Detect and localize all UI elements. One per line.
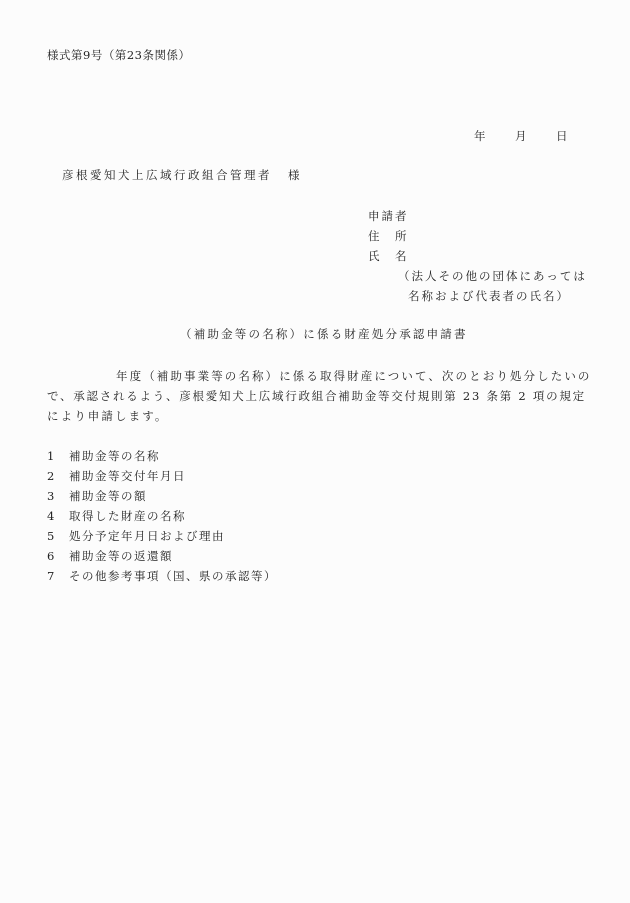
addressee-name: 彦根愛知犬上広域行政組合管理者 [62, 170, 272, 182]
name-label: 氏 名 [368, 251, 409, 263]
list-item: 1補助金等の名称 [47, 451, 160, 463]
corporate-note-line2: 名称および代表者の氏名） [408, 291, 570, 303]
body-line-3: により申請します。 [47, 411, 168, 423]
addressee-honorific: 様 [288, 170, 301, 182]
list-item: 5処分予定年月日および理由 [47, 531, 225, 543]
body-line-2: で、承認されるよう、彦根愛知犬上広域行政組合補助金等交付規則第 23 条第 2 … [47, 391, 586, 403]
list-item: 2補助金等交付年月日 [47, 471, 186, 483]
list-item: 6補助金等の返還額 [47, 551, 173, 563]
address-label: 住 所 [368, 231, 409, 243]
date-day-label: 日 [556, 131, 569, 143]
body-line-1: 年度（補助事業等の名称）に係る取得財産について、次のとおり処分したいの [116, 371, 592, 383]
corporate-note-line1: （法人その他の団体にあっては [398, 271, 587, 283]
document-title: （補助金等の名称）に係る財産処分承認申請書 [180, 329, 468, 341]
list-item: 7その他参考事項（国、県の承認等） [47, 571, 277, 583]
date-month-label: 月 [515, 131, 528, 143]
date-year-label: 年 [474, 131, 487, 143]
list-item: 4取得した財産の名称 [47, 511, 186, 523]
form-number: 様式第9号（第23条関係） [47, 50, 190, 62]
list-item: 3補助金等の額 [47, 491, 147, 503]
applicant-label: 申請者 [368, 211, 409, 223]
